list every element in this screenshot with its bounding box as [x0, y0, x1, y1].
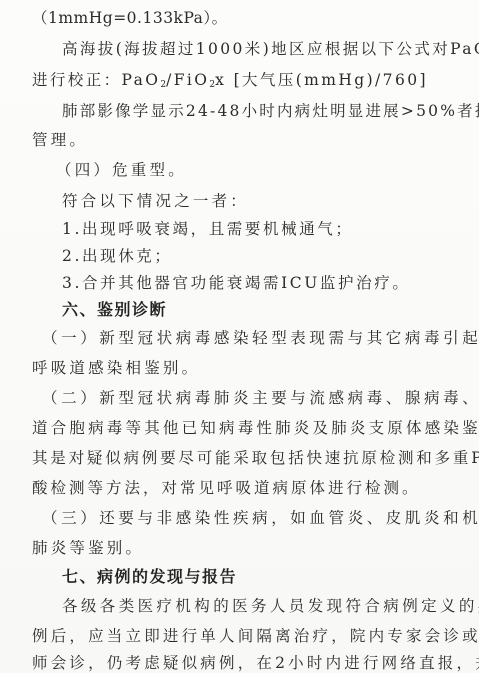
critical-type-heading: （四）危重型。 — [56, 155, 478, 185]
criteria-item-2: 2.出现休克； — [62, 241, 454, 271]
text-span: 师会诊，仍考虑疑似病例，在2小时内进行网络直报，并采集 — [32, 654, 479, 672]
text-span: /FiO — [166, 71, 209, 89]
case-reporting-line-3: 师会诊，仍考虑疑似病例，在2小时内进行网络直报，并采集 — [32, 648, 454, 673]
text-span: 肺部影像学显示24-48小时内病灶明显进展>50%者按重型 — [62, 102, 479, 120]
text-span: 六、鉴别诊断 — [62, 300, 167, 319]
unit-note: （1mmHg=0.133kPa）。 — [32, 3, 454, 33]
imaging-progress-paragraph: 肺部影像学显示24-48小时内病灶明显进展>50%者按重型 — [62, 96, 454, 126]
altitude-correction-paragraph: 高海拔(海拔超过1000米)地区应根据以下公式对PaO2/FiO2 — [62, 34, 454, 64]
section-heading-case-reporting: 七、病例的发现与报告 — [62, 562, 454, 592]
case-reporting-line-2: 例后，应当立即进行单人间隔离治疗，院内专家会诊或主诊医 — [32, 621, 454, 651]
differential-item-1-continuation: 呼吸道感染相鉴别。 — [32, 353, 454, 383]
text-span: （二）新型冠状病毒肺炎主要与流感病毒、腺病毒、呼吸 — [42, 389, 479, 407]
criteria-item-3: 3.合并其他器官功能衰竭需ICU监护治疗。 — [62, 268, 454, 298]
text-span: （四）危重型。 — [56, 161, 187, 179]
criteria-item-1: 1.出现呼吸衰竭，且需要机械通气； — [62, 214, 454, 244]
criteria-intro: 符合以下情况之一者： — [62, 186, 454, 216]
text-span: x [大气压(mmHg)/760] — [215, 71, 428, 89]
text-span: 3.合并其他器官功能衰竭需ICU监护治疗。 — [62, 274, 410, 292]
text-span: 进行校正：PaO — [32, 71, 160, 89]
document-page: （1mmHg=0.133kPa）。 高海拔(海拔超过1000米)地区应根据以下公… — [0, 0, 479, 673]
differential-item-2-line-4: 酸检测等方法，对常见呼吸道病原体进行检测。 — [32, 473, 454, 503]
text-span: 各级各类医疗机构的医务人员发现符合病例定义的疑似病 — [62, 597, 479, 615]
text-span: 高海拔(海拔超过1000米)地区应根据以下公式对PaO — [62, 40, 479, 58]
case-reporting-paragraph: 各级各类医疗机构的医务人员发现符合病例定义的疑似病 — [62, 591, 454, 621]
text-span: 七、病例的发现与报告 — [62, 567, 237, 586]
differential-item-3-continuation: 肺炎等鉴别。 — [32, 533, 454, 563]
differential-item-2: （二）新型冠状病毒肺炎主要与流感病毒、腺病毒、呼吸 — [42, 383, 464, 413]
text-span: 2.出现休克； — [62, 247, 173, 265]
text-span: 符合以下情况之一者： — [62, 192, 249, 210]
differential-item-2-line-3: 其是对疑似病例要尽可能采取包括快速抗原检测和多重PCR核 — [32, 443, 454, 473]
text-span: 呼吸道感染相鉴别。 — [32, 359, 200, 377]
text-span: 管理。 — [32, 131, 88, 149]
differential-item-2-line-2: 道合胞病毒等其他已知病毒性肺炎及肺炎支原体感染鉴别，尤 — [32, 413, 454, 443]
text-span: （三）还要与非感染性疾病，如血管炎、皮肌炎和机化性 — [42, 509, 479, 527]
differential-item-3: （三）还要与非感染性疾病，如血管炎、皮肌炎和机化性 — [42, 503, 464, 533]
text-span: （1mmHg=0.133kPa）。 — [32, 9, 228, 27]
text-span: 肺炎等鉴别。 — [32, 539, 144, 557]
correction-formula: 进行校正：PaO2/FiO2x [大气压(mmHg)/760] — [32, 65, 454, 95]
differential-item-1: （一）新型冠状病毒感染轻型表现需与其它病毒引起的上 — [42, 323, 464, 353]
text-span: （一）新型冠状病毒感染轻型表现需与其它病毒引起的上 — [42, 329, 479, 347]
text-span: 1.出现呼吸衰竭，且需要机械通气； — [62, 220, 354, 238]
text-span: 酸检测等方法，对常见呼吸道病原体进行检测。 — [32, 479, 421, 497]
section-heading-differential-diagnosis: 六、鉴别诊断 — [62, 295, 454, 325]
text-span: 其是对疑似病例要尽可能采取包括快速抗原检测和多重PCR核 — [32, 449, 479, 467]
text-span: 道合胞病毒等其他已知病毒性肺炎及肺炎支原体感染鉴别，尤 — [32, 419, 479, 437]
text-span: 例后，应当立即进行单人间隔离治疗，院内专家会诊或主诊医 — [32, 627, 479, 645]
imaging-progress-continuation: 管理。 — [32, 125, 454, 155]
